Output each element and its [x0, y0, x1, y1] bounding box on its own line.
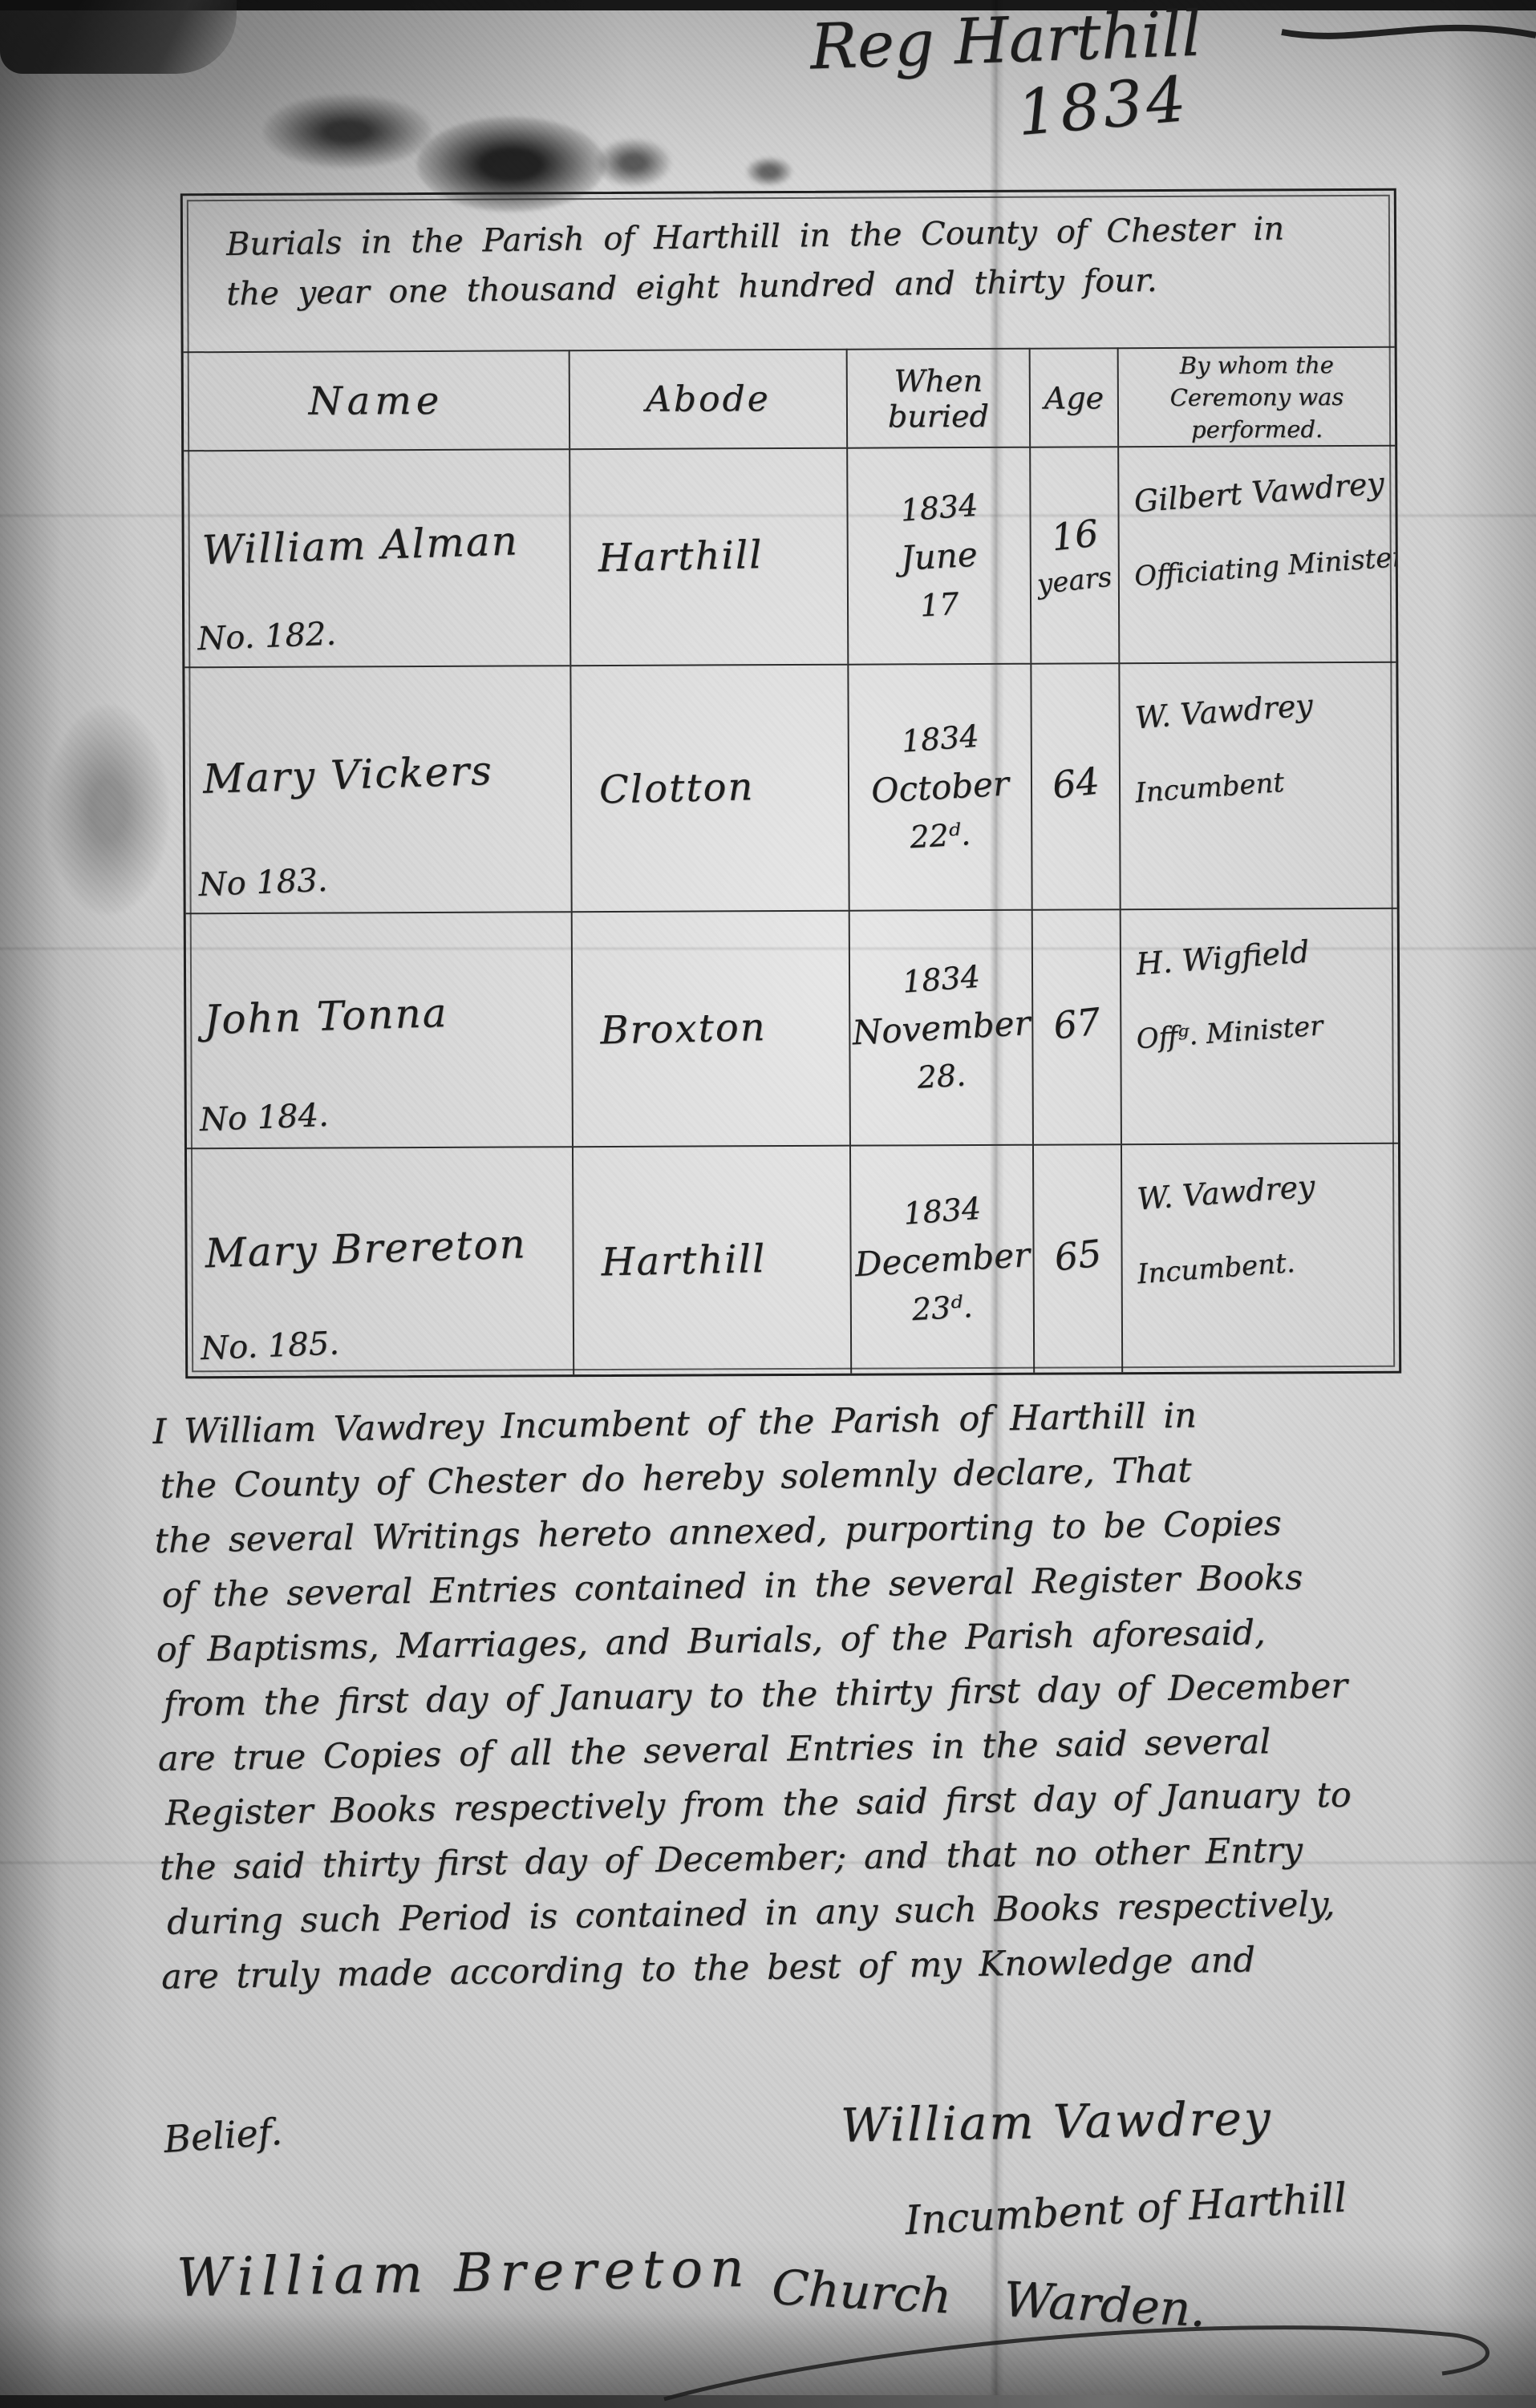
table-row-4-name-cell: Mary Brereton No. 185.: [187, 1146, 573, 1376]
burial-year: 1834: [900, 718, 980, 759]
declaration-closing: Belief.: [162, 2110, 283, 2161]
entry-name: William Alman: [201, 517, 520, 573]
table-row-4-officiant-cell: W. Vawdrey Incumbent.: [1121, 1143, 1399, 1373]
table-row-3-abode-cell: Broxton: [571, 910, 849, 1147]
entry-name: John Tonna: [203, 990, 448, 1043]
column-header-by-whom: By whom the Ceremony was performed.: [1117, 346, 1395, 447]
incumbent-declaration: I William Vawdrey Incumbent of the Paris…: [152, 1385, 1413, 2004]
scanned-burial-register-page: Reg Harthill 1834 Burials in the Parish …: [0, 0, 1536, 2408]
table-row-4-age-cell: 65: [1032, 1143, 1121, 1372]
table-row-1-name-cell: William Alman No. 182.: [184, 448, 569, 666]
entry-age: 65: [1052, 1231, 1104, 1279]
register-year: 1834: [1014, 63, 1192, 150]
entry-age: 67: [1051, 999, 1102, 1047]
incumbent-signature: William Vawdrey: [840, 2090, 1273, 2152]
burial-year: 1834: [902, 1191, 982, 1232]
entry-age-unit: years: [1035, 561, 1113, 601]
table-row-3-when-cell: 1834 November 28.: [849, 909, 1032, 1145]
burial-year: 1834: [901, 959, 981, 1000]
entry-number: No. 185.: [200, 1325, 340, 1367]
entry-age: 64: [1050, 759, 1101, 807]
officiant-title: Incumbent: [1134, 758, 1396, 809]
table-row-1-when-cell: 1834 June 17: [846, 447, 1030, 664]
burial-day: 17: [919, 585, 960, 623]
entry-number: No 184.: [199, 1097, 330, 1139]
table-grid: Name Abode When buried Age By whom the C…: [184, 346, 1400, 1377]
table-row-4-abode-cell: Harthill: [572, 1145, 850, 1375]
column-header-abode: Abode: [569, 349, 846, 449]
table-row-4-when-cell: 1834 December 23ᵈ.: [849, 1144, 1033, 1374]
entry-number: No. 182.: [197, 615, 337, 658]
table-row-2-abode-cell: Clotton: [570, 664, 849, 912]
table-row-1-age-cell: 16 years: [1029, 446, 1118, 662]
entry-abode: Broxton: [573, 1005, 767, 1054]
entry-age: 16: [1049, 511, 1100, 559]
officiant-title: Offᵍ. Minister: [1135, 1004, 1397, 1055]
table-row-3-officiant-cell: H. Wigfield Offᵍ. Minister: [1120, 908, 1398, 1144]
table-row-3-name-cell: John Tonna No 184.: [186, 911, 572, 1147]
churchwarden-signature: William Brereton: [176, 2237, 752, 2309]
burial-day: 23ᵈ.: [911, 1289, 974, 1327]
officiant-name: W. Vawdrey: [1136, 1162, 1399, 1216]
table-row-2-officiant-cell: W. Vawdrey Incumbent: [1119, 662, 1397, 909]
officiant-title: Officiating Minister: [1133, 541, 1396, 593]
top-right-ink-line: [1282, 28, 1536, 36]
table-row-1-officiant-cell: Gilbert Vawdrey Officiating Minister: [1117, 445, 1396, 663]
entry-abode: Clotton: [572, 764, 756, 813]
entry-name: Mary Brereton: [205, 1220, 528, 1277]
table-title: Burials in the Parish of Harthill in the…: [183, 191, 1395, 352]
burial-month: December: [853, 1235, 1031, 1284]
burial-month: November: [851, 1003, 1031, 1053]
entry-abode: Harthill: [570, 532, 764, 581]
entry-abode: Harthill: [573, 1236, 767, 1285]
pen-flourish: [664, 2328, 1488, 2399]
burial-day: 28.: [916, 1058, 967, 1095]
burial-day: 22ᵈ.: [909, 816, 971, 855]
burial-register-table: Burials in the Parish of Harthill in the…: [180, 188, 1401, 1379]
column-header-when-buried: When buried: [846, 348, 1030, 447]
table-row-1-abode-cell: Harthill: [569, 447, 847, 666]
burial-year: 1834: [899, 487, 979, 528]
table-row-2-age-cell: 64: [1030, 662, 1120, 909]
officiant-name: H. Wigfield: [1135, 927, 1398, 981]
officiant-title: Incumbent.: [1137, 1239, 1399, 1290]
burial-month: June: [899, 534, 978, 577]
table-row-2-when-cell: 1834 October 22ᵈ.: [847, 663, 1031, 910]
column-header-age: Age: [1029, 347, 1118, 446]
entry-number: No 183.: [198, 862, 329, 904]
entry-name: Mary Vickers: [202, 747, 493, 803]
column-header-name: Name: [184, 350, 569, 450]
table-row-3-age-cell: 67: [1031, 909, 1121, 1143]
table-row-2-name-cell: Mary Vickers No 183.: [184, 665, 571, 913]
officiant-name: W. Vawdrey: [1134, 681, 1397, 735]
officiant-name: Gilbert Vawdrey: [1133, 464, 1396, 519]
burial-month: October: [870, 763, 1010, 811]
